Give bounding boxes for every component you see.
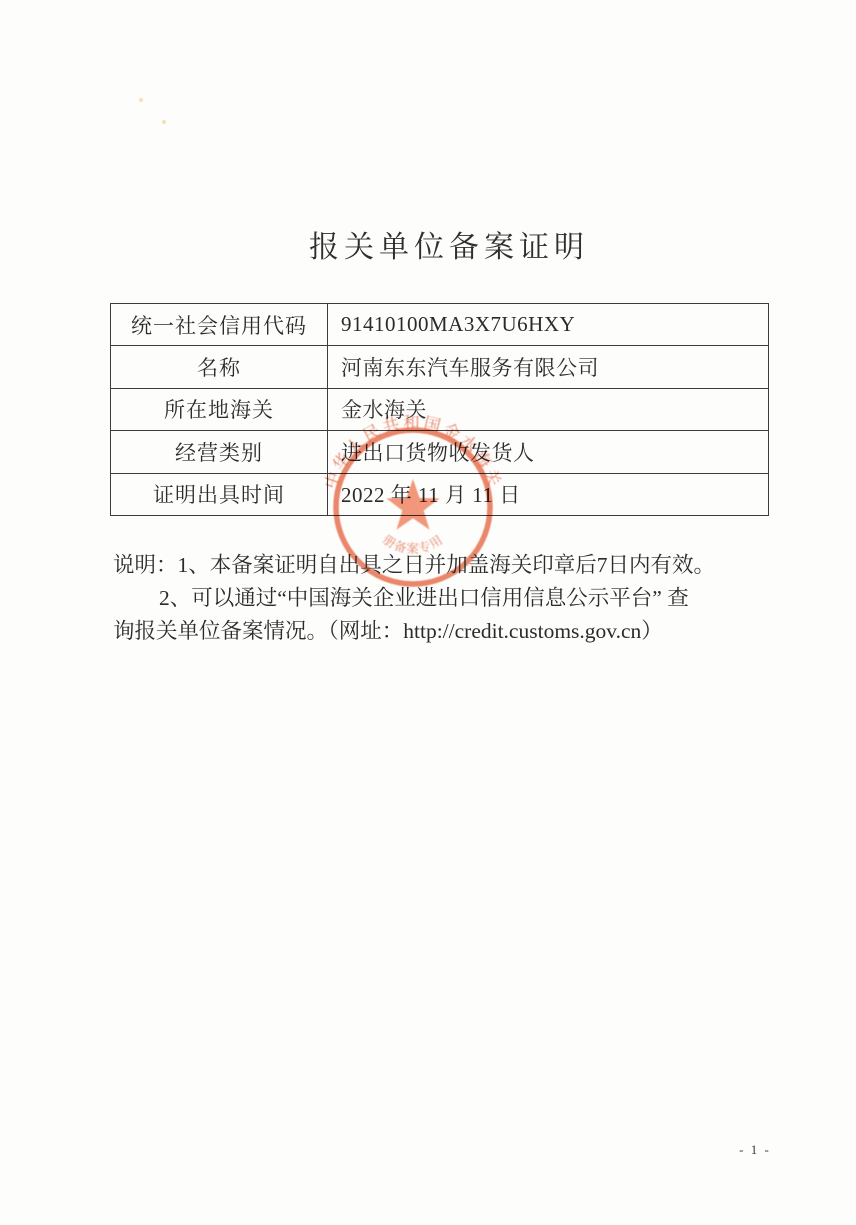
scan-speck bbox=[162, 120, 166, 124]
notes-section: 说明：1、本备案证明自出具之日并加盖海关印章后7日内有效。 2、可以通过“中国海… bbox=[113, 549, 773, 648]
row-label: 所在地海关 bbox=[111, 388, 328, 430]
table-row: 证明出具时间 2022 年 11 月 11 日 bbox=[111, 473, 769, 515]
note-line: 2、可以通过“中国海关企业进出口信用信息公示平台” 查 bbox=[113, 582, 773, 615]
row-label: 证明出具时间 bbox=[111, 473, 328, 515]
row-label: 统一社会信用代码 bbox=[111, 304, 328, 346]
page-title: 报关单位备案证明 bbox=[0, 222, 856, 266]
row-value: 进出口货物收发货人 bbox=[328, 431, 769, 473]
note-line: 询报关单位备案情况。（网址：http://credit.customs.gov.… bbox=[113, 615, 773, 648]
table-row: 名称 河南东东汽车服务有限公司 bbox=[111, 346, 769, 388]
table-row: 统一社会信用代码 91410100MA3X7U6HXY bbox=[111, 304, 769, 346]
row-value: 金水海关 bbox=[328, 388, 769, 430]
table-row: 所在地海关 金水海关 bbox=[111, 388, 769, 430]
note-line: 说明：1、本备案证明自出具之日并加盖海关印章后7日内有效。 bbox=[113, 549, 773, 582]
row-label: 名称 bbox=[111, 346, 328, 388]
row-value: 2022 年 11 月 11 日 bbox=[328, 473, 769, 515]
row-value: 河南东东汽车服务有限公司 bbox=[328, 346, 769, 388]
page-number: - 1 - bbox=[731, 1142, 779, 1158]
certificate-table: 统一社会信用代码 91410100MA3X7U6HXY 名称 河南东东汽车服务有… bbox=[110, 303, 769, 516]
scan-speck bbox=[139, 98, 143, 102]
table-row: 经营类别 进出口货物收发货人 bbox=[111, 431, 769, 473]
scanned-document-page: 报关单位备案证明 统一社会信用代码 91410100MA3X7U6HXY 名称 … bbox=[0, 0, 856, 1225]
row-value: 91410100MA3X7U6HXY bbox=[328, 304, 769, 346]
row-label: 经营类别 bbox=[111, 431, 328, 473]
